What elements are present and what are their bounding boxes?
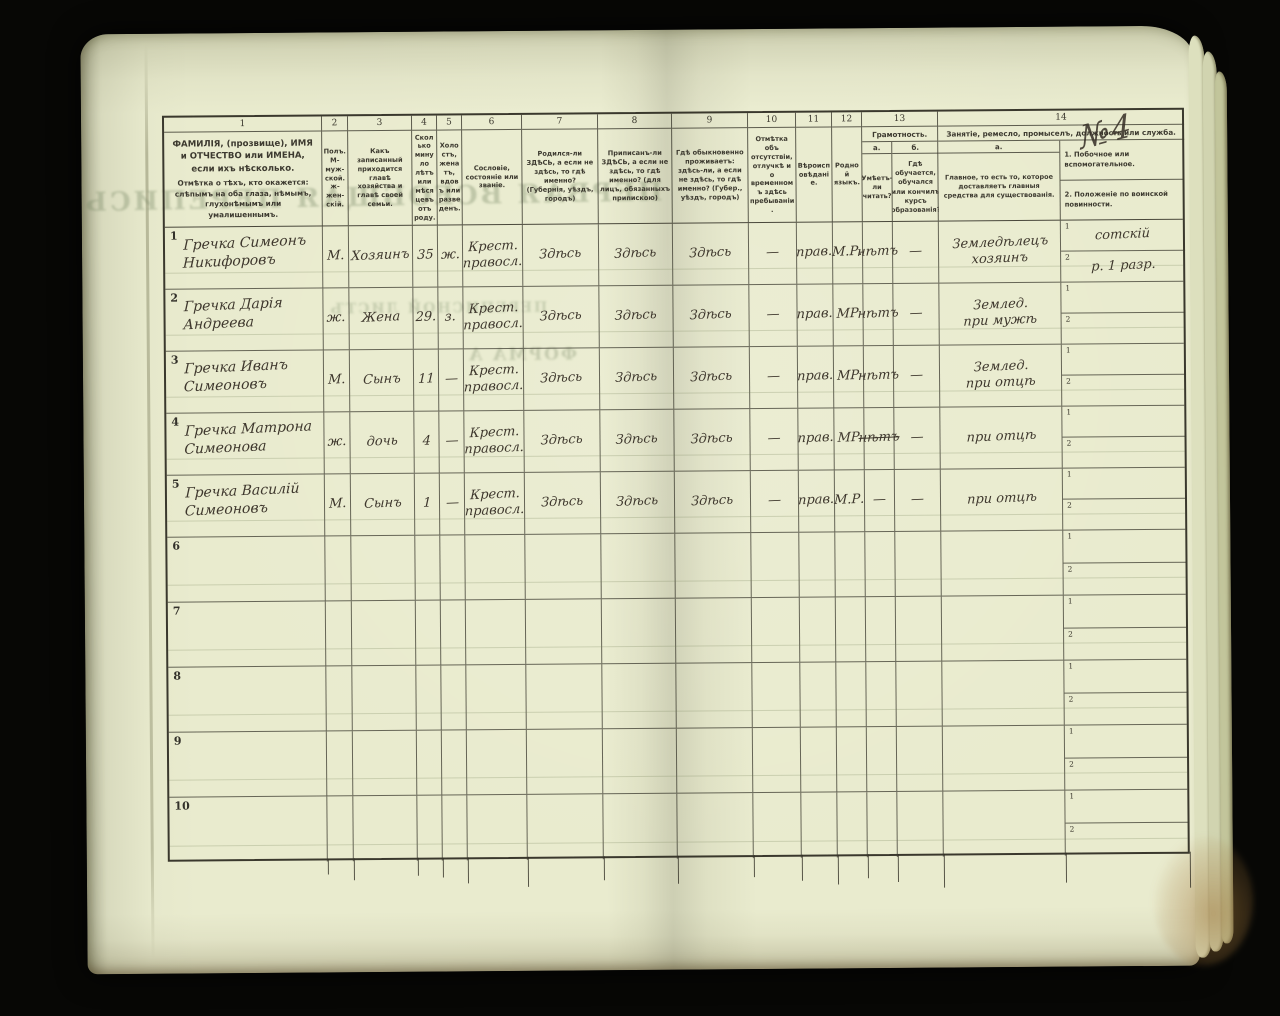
- sex-value: ж.: [327, 434, 346, 451]
- cell-registered: [603, 729, 678, 794]
- cell-religion: прав.: [798, 408, 834, 469]
- cell-registered: Здѣсь: [600, 410, 674, 472]
- subcol-letter: а.: [862, 142, 891, 154]
- row-number: 1: [170, 230, 178, 243]
- col-header-name: 1 ФАМИЛІЯ, (прозвище), ИМЯ и ОТЧЕСТВО ил…: [164, 116, 323, 226]
- side-occupation-subcell: 1: [1062, 344, 1186, 376]
- cell-resides: Здѣсь: [675, 471, 751, 533]
- cell-religion: [800, 662, 837, 726]
- cell-occupation: [943, 791, 1066, 857]
- col-number: 5: [437, 115, 461, 130]
- cell-registered: [602, 664, 677, 729]
- cell-relation: [352, 666, 417, 731]
- cell-registered: [603, 794, 678, 860]
- printed-index: 1: [1067, 532, 1072, 541]
- col-number: 6: [462, 115, 521, 130]
- col-header-religion: 11 Вѣроисповѣданіе.: [796, 112, 833, 221]
- resides-value: Здѣсь: [690, 369, 733, 387]
- row-number: 4: [171, 416, 179, 429]
- cell-side-occupation: 12: [1063, 468, 1187, 530]
- col-label-residence: Гдѣ обыкновенно проживаетъ: здѣсь-ли, а …: [672, 128, 748, 223]
- cell-relation: Хозяинъ: [349, 226, 413, 288]
- cell-religion: [800, 597, 837, 661]
- occupation-value: Земледѣлецъ хозяинъ: [951, 233, 1048, 270]
- cell-born: [526, 599, 603, 664]
- col-label-occupation-main: Главное, то есть то, которое доставляетъ…: [938, 153, 1060, 221]
- born-value: Здѣсь: [540, 308, 583, 326]
- name-value: Гречка Василій Симеоновъ: [185, 481, 300, 521]
- resides-value: Здѣсь: [691, 493, 734, 511]
- military-subcell: 2: [1065, 757, 1189, 789]
- cell-religion: [799, 532, 836, 596]
- relation-value: Сынъ: [363, 496, 401, 514]
- col-number: 13: [862, 112, 937, 128]
- cell-language: [836, 597, 867, 661]
- cell-occupation: [942, 661, 1064, 726]
- col-header-registration: 8 Приписанъ-ли ЗДѢСЬ, а если не здѣсь, т…: [598, 114, 673, 224]
- sex-value: М.: [327, 248, 345, 265]
- military-subcell: 2: [1062, 375, 1186, 406]
- printed-index: 1: [1068, 662, 1073, 671]
- side-occupation-subcell: 1: [1062, 406, 1186, 438]
- cell-name: 5Гречка Василій Симеоновъ: [167, 474, 325, 536]
- religion-value: прав.: [796, 244, 833, 262]
- cell-sex: М.: [325, 474, 351, 535]
- cell-age: [416, 666, 442, 730]
- marital-value: —: [444, 372, 457, 389]
- cell-reads: нѣтъ: [864, 408, 894, 469]
- printed-index: 1: [1066, 408, 1071, 417]
- marital-value: —: [445, 496, 458, 513]
- row-number: 9: [174, 735, 182, 748]
- resides-value: Здѣсь: [689, 245, 732, 263]
- side-occupation-subcell: 1: [1065, 725, 1189, 758]
- cell-reads: [867, 792, 898, 857]
- cell-sex: М.: [324, 350, 350, 411]
- col-header-marital: 5 Холостъ, женатъ, вдовъ или разведенъ.: [437, 115, 463, 224]
- col-header-education: б. Гдѣ обучается, обучался или кончилъ к…: [892, 142, 939, 221]
- cell-reads: нѣтъ: [864, 346, 894, 407]
- reads-value: —: [873, 492, 886, 509]
- cell-born: Здѣсь: [523, 286, 599, 348]
- cell-occupation: [942, 596, 1064, 661]
- name-value: Гречка Симеонъ Никифоровъ: [183, 232, 307, 272]
- cell-language: М.Р.: [835, 470, 865, 531]
- col-header-occupation-side: 1. Побочное или вспомогательное. 2. Поло…: [1060, 140, 1185, 220]
- relation-value: Сынъ: [362, 372, 400, 390]
- subcol-letter: а.: [938, 141, 1059, 154]
- col-label-age: Сколько минуло лѣтъ или мѣсяцевъ отъ род…: [412, 131, 437, 225]
- col-number: 7: [522, 114, 597, 130]
- printed-index: 2: [1065, 253, 1070, 262]
- cell-registered: Здѣсь: [601, 472, 675, 534]
- row-number: 2: [170, 292, 178, 305]
- religion-value: прав.: [797, 306, 834, 324]
- born-value: Здѣсь: [540, 370, 583, 388]
- cell-born: [527, 794, 604, 860]
- cell-occupation: Землед. при отцѣ: [940, 345, 1062, 407]
- absence-value: —: [767, 431, 780, 448]
- occupation-value: Землед. при мужѣ: [963, 296, 1038, 332]
- marital-value: —: [445, 434, 458, 451]
- cell-language: [837, 727, 868, 791]
- estate-value: Крест. правосл.: [464, 424, 524, 459]
- marital-value: з.: [445, 310, 457, 327]
- cell-educated: —: [893, 222, 939, 283]
- cell-marital: —: [439, 411, 464, 472]
- col-header-residence: 9 Гдѣ обыкновенно проживаетъ: здѣсь-ли, …: [672, 113, 749, 223]
- cell-reads: [865, 532, 896, 596]
- military-subcell: 2р. 1 разр.: [1061, 251, 1185, 282]
- age-value: 4: [422, 434, 431, 451]
- ledger-book: ПЕРВАЯ ВСЕОБЩАЯ ПЕРЕПИСЬ ПЕРЕПИСНОЙ ЛИСТ…: [0, 0, 1280, 1016]
- cell-estate: Крест. правосл.: [463, 225, 523, 286]
- cell-reads: [867, 727, 898, 791]
- cell-religion: прав.: [798, 346, 834, 407]
- language-value: МР: [837, 306, 859, 323]
- cell-name: 8: [168, 666, 326, 731]
- cell-absence: [753, 728, 802, 792]
- religion-value: прав.: [798, 430, 835, 448]
- educated-value: —: [911, 492, 924, 509]
- col-header-relation: 3 Какъ записанный приходится главѣ хозяй…: [348, 116, 413, 225]
- side-occupation-subcell: 1: [1064, 660, 1188, 693]
- page-stack-edges: [0, 0, 1276, 5]
- age-value: 1: [423, 496, 432, 513]
- cell-reads: нѣтъ: [863, 284, 893, 345]
- relation-value: Хозяинъ: [351, 247, 410, 266]
- cell-relation: Сынъ: [351, 474, 415, 536]
- cell-name: 2Гречка Дарія Андреева: [165, 288, 323, 350]
- cell-age: [417, 731, 443, 795]
- cell-registered: Здѣсь: [600, 348, 674, 410]
- col-number: 10: [748, 113, 795, 128]
- cell-born: Здѣсь: [524, 348, 600, 410]
- cell-age: [417, 796, 443, 861]
- col-header-estate: 6 Сословіе, состояніе или званіе.: [462, 115, 523, 224]
- cell-registered: [601, 534, 676, 599]
- cell-registered: Здѣсь: [599, 224, 673, 286]
- estate-value: Крест. правосл.: [462, 238, 522, 273]
- cell-side-occupation: 12: [1062, 344, 1186, 406]
- estate-value: Крест. правосл.: [463, 362, 523, 397]
- born-value: Здѣсь: [541, 494, 584, 512]
- cell-resides: [676, 598, 753, 663]
- cell-resides: [677, 728, 754, 793]
- col-number: 9: [672, 113, 747, 129]
- census-table: 1 ФАМИЛІЯ, (прозвище), ИМЯ и ОТЧЕСТВО ил…: [162, 108, 1190, 862]
- cell-resides: Здѣсь: [674, 409, 750, 471]
- col-label-language: Родной языкъ.: [832, 127, 862, 221]
- cell-occupation: [941, 531, 1063, 596]
- row-number: 5: [172, 478, 180, 491]
- cell-side-occupation: 12: [1065, 725, 1189, 790]
- row-number: 3: [171, 354, 179, 367]
- cell-born: [527, 729, 604, 794]
- marital-value: ж.: [440, 247, 459, 264]
- col-label-estate: Сословіе, состояніе или званіе.: [462, 130, 522, 224]
- relation-value: Жена: [362, 310, 401, 328]
- cell-estate: [466, 600, 527, 664]
- table-row: 1012: [169, 790, 1187, 863]
- cell-occupation: при отцѣ: [941, 469, 1063, 531]
- row-number: 10: [174, 800, 189, 813]
- col-number: 1: [164, 116, 321, 132]
- name-value: Гречка Матрона Симеонова: [184, 418, 312, 459]
- table-row: 2Гречка Дарія Андрееваж.Жена29.з.Крест. …: [165, 282, 1183, 352]
- occupation-value: Землед. при отцѣ: [965, 358, 1036, 394]
- cell-educated: —: [893, 284, 939, 345]
- side-occupation-subcell: 1сотскій: [1061, 220, 1185, 252]
- printed-index: 2: [1067, 439, 1072, 448]
- military-subcell: 2: [1064, 627, 1188, 659]
- cell-sex: [327, 731, 354, 795]
- cell-age: 1: [415, 474, 440, 535]
- side-occupation-subcell: 1: [1065, 790, 1189, 824]
- name-value: Гречка Иванъ Симеоновъ: [184, 357, 288, 397]
- cell-educated: [895, 532, 942, 596]
- registered-value: Здѣсь: [615, 369, 658, 387]
- cell-name: 9: [169, 731, 327, 796]
- cell-estate: [467, 795, 528, 860]
- cell-estate: Крест. правосл.: [464, 411, 524, 472]
- cell-absence: [751, 533, 800, 597]
- language-value: МР: [838, 430, 860, 447]
- cell-marital: [442, 730, 468, 794]
- cell-born: [525, 534, 602, 599]
- literacy-group-title: Грамотность.: [862, 127, 937, 143]
- name-header-title: ФАМИЛІЯ, (прозвище), ИМЯ и ОТЧЕСТВО или …: [165, 137, 320, 176]
- printed-index: 1: [1067, 470, 1072, 479]
- col-header-reads: а. Умѣетъ-ли читать?: [862, 142, 893, 221]
- cell-absence: [753, 793, 802, 858]
- table-row: 4Гречка Матрона Симеоноваж.дочь4—Крест. …: [166, 406, 1184, 476]
- cell-reads: нѣтъ: [863, 222, 893, 283]
- sex-value: М.: [328, 372, 346, 389]
- estate-value: Крест. правосл.: [463, 300, 523, 335]
- row-number: 8: [173, 670, 181, 683]
- col-number: 11: [796, 112, 831, 127]
- col-label-absence: Отмѣтка объ отсутствіи, отлучкѣ и о врем…: [748, 128, 796, 222]
- cell-language: [835, 532, 866, 596]
- col-label-education: Гдѣ обучается, обучался или кончилъ курс…: [892, 154, 939, 221]
- col-header-age: 4 Сколько минуло лѣтъ или мѣсяцевъ отъ р…: [412, 116, 438, 225]
- cell-reads: [866, 597, 897, 661]
- cell-side-occupation: 12: [1064, 595, 1188, 660]
- cell-religion: прав.: [797, 222, 833, 283]
- cell-educated: [896, 662, 943, 726]
- military-value: р. 1 разр.: [1091, 257, 1156, 276]
- cell-estate: [465, 535, 526, 599]
- cell-relation: дочь: [350, 412, 414, 474]
- registered-value: Здѣсь: [614, 245, 657, 263]
- cell-born: Здѣсь: [524, 410, 600, 472]
- educated-value: —: [910, 368, 923, 385]
- resides-value: Здѣсь: [690, 307, 733, 325]
- cell-marital: [441, 665, 467, 729]
- cell-age: [416, 601, 442, 665]
- registered-value: Здѣсь: [616, 493, 659, 511]
- absence-value: —: [766, 245, 779, 262]
- cell-occupation: Землед. при мужѣ: [939, 283, 1061, 345]
- printed-index: 1: [1069, 727, 1074, 736]
- cell-age: 29.: [413, 288, 438, 349]
- col-header-occupation-group: 14 Занятіе, ремесло, промыселъ, должност…: [938, 110, 1185, 221]
- table-body: 1Гречка Симеонъ НикифоровъМ.Хозяинъ35ж.К…: [165, 220, 1188, 863]
- cell-resides: Здѣсь: [673, 285, 749, 347]
- cell-side-occupation: 12: [1061, 282, 1185, 344]
- table-row: 5Гречка Василій СимеоновъМ.Сынъ1—Крест. …: [167, 468, 1185, 538]
- cell-side-occupation: 1сотскій2р. 1 разр.: [1061, 220, 1185, 282]
- cell-reads: —: [865, 470, 895, 531]
- printed-index: 2: [1069, 759, 1074, 768]
- military-subcell: 2: [1063, 437, 1187, 468]
- cell-estate: Крест. правосл.: [464, 349, 524, 410]
- table-row: 812: [168, 660, 1186, 733]
- cell-marital: з.: [438, 287, 463, 348]
- cell-sex: [325, 536, 352, 600]
- cell-occupation: при отцѣ: [940, 407, 1062, 469]
- col-header-sex: 2 Полъ. М-муж-ской. ж-жен-скій.: [322, 116, 349, 225]
- cell-educated: [897, 727, 944, 791]
- photo-background: ПЕРВАЯ ВСЕОБЩАЯ ПЕРЕПИСЬ ПЕРЕПИСНОЙ ЛИСТ…: [0, 0, 1280, 1016]
- military-subcell: 2: [1063, 499, 1187, 530]
- side-occupation-subcell: 1: [1063, 468, 1187, 500]
- col-header-literacy-group: 13 Грамотность. а. Умѣетъ-ли читать? б. …: [862, 112, 939, 222]
- cell-relation: Жена: [349, 288, 413, 350]
- table-row: 1Гречка Симеонъ НикифоровъМ.Хозяинъ35ж.К…: [165, 220, 1183, 290]
- registered-value: Здѣсь: [615, 307, 658, 325]
- col-header-language: 12 Родной языкъ.: [832, 112, 863, 221]
- cell-educated: —: [895, 470, 941, 531]
- military-subcell: 2: [1064, 562, 1188, 594]
- cell-sex: [326, 666, 353, 730]
- cell-occupation: [943, 726, 1065, 791]
- absence-value: —: [768, 493, 781, 510]
- estate-value: Крест. правосл.: [464, 486, 524, 521]
- cell-marital: [440, 535, 466, 599]
- col-label-marital: Холостъ, женатъ, вдовъ или разведенъ.: [437, 130, 462, 224]
- resides-value: Здѣсь: [691, 431, 734, 449]
- occupation-value: при отцѣ: [966, 428, 1036, 447]
- cell-relation: [351, 536, 416, 601]
- cell-age: 11: [414, 350, 439, 411]
- cell-name: 10: [169, 796, 328, 862]
- age-value: 29.: [415, 310, 436, 327]
- cell-born: [526, 664, 603, 729]
- cell-absence: [752, 598, 801, 662]
- cell-sex: [327, 796, 354, 861]
- printed-index: 1: [1066, 346, 1071, 355]
- printed-index: 2: [1068, 564, 1073, 573]
- cell-marital: [442, 795, 468, 860]
- printed-index: 2: [1067, 501, 1072, 510]
- absence-value: —: [766, 307, 779, 324]
- language-value: М.Р.: [834, 492, 865, 510]
- row-number: 7: [173, 605, 181, 618]
- cell-age: 35: [413, 226, 438, 287]
- row-number: 6: [172, 540, 180, 553]
- occupation-value: при отцѣ: [966, 490, 1036, 509]
- religion-value: прав.: [797, 368, 834, 386]
- military-subcell: 2: [1062, 313, 1186, 344]
- side-occupation-subcell: 1: [1063, 530, 1187, 563]
- cell-religion: прав.: [797, 284, 833, 345]
- printed-index: 2: [1066, 315, 1071, 324]
- cell-registered: [602, 599, 677, 664]
- col-label-religion: Вѣроисповѣданіе.: [796, 127, 832, 221]
- col-label-reads: Умѣетъ-ли читать?: [862, 154, 892, 221]
- subcol-letter: б.: [892, 142, 938, 154]
- cell-estate: Крест. правосл.: [465, 473, 525, 534]
- cell-estate: [467, 730, 528, 794]
- printed-index: 2: [1069, 694, 1074, 703]
- col-number: 2: [322, 116, 347, 131]
- cell-resides: [677, 793, 754, 859]
- military-subcell: 2: [1066, 823, 1190, 856]
- cell-relation: [353, 731, 418, 796]
- language-value: МР: [837, 368, 859, 385]
- cell-sex: [326, 601, 353, 665]
- cell-absence: —: [751, 471, 799, 532]
- col-number: 3: [348, 116, 411, 131]
- cell-educated: —: [894, 408, 940, 469]
- cell-born: Здѣсь: [525, 472, 601, 534]
- cell-relation: [353, 796, 418, 862]
- educated-value: —: [910, 430, 923, 447]
- cell-educated: —: [894, 346, 940, 407]
- col-label-registration: Приписанъ-ли ЗДѢСЬ, а если не здѣсь, то …: [598, 129, 672, 224]
- col-number: 8: [598, 114, 671, 130]
- side-occupation-subcell: 1: [1064, 595, 1188, 628]
- cell-absence: —: [750, 409, 798, 470]
- registered-value: Здѣсь: [616, 431, 659, 449]
- col-label-sex: Полъ. М-муж-ской. ж-жен-скій.: [322, 131, 348, 225]
- cell-absence: —: [749, 223, 797, 284]
- cell-name: 6: [167, 536, 325, 601]
- cell-age: [415, 536, 441, 600]
- cell-occupation: Земледѣлецъ хозяинъ: [939, 221, 1061, 283]
- col-header-birthplace: 7 Родился-ли ЗДѢСЬ, а если не здѣсь, то …: [522, 114, 599, 224]
- cell-marital: —: [439, 349, 464, 410]
- cell-resides: Здѣсь: [674, 347, 750, 409]
- cell-name: 7: [168, 601, 326, 666]
- printed-index: 2: [1070, 825, 1075, 834]
- cell-resides: [675, 533, 752, 598]
- table-row: 612: [167, 530, 1185, 603]
- cell-estate: Крест. правосл.: [463, 287, 523, 348]
- military-subcell: 2: [1065, 692, 1189, 724]
- col-label-military-status: 2. Положеніе по воинской повинности.: [1061, 180, 1185, 220]
- cell-resides: [676, 663, 753, 728]
- col-label-name: ФАМИЛІЯ, (прозвище), ИМЯ и ОТЧЕСТВО или …: [164, 131, 322, 226]
- born-value: Здѣсь: [541, 432, 584, 450]
- cell-marital: [441, 600, 467, 664]
- cell-name: 1Гречка Симеонъ Никифоровъ: [165, 226, 323, 288]
- col-number: 4: [412, 116, 436, 131]
- col-header-occupation-main: а. Главное, то есть то, которое доставля…: [938, 141, 1061, 221]
- cell-marital: —: [440, 473, 465, 534]
- col-label-relation: Какъ записанный приходится главѣ хозяйст…: [348, 131, 412, 225]
- cell-born: Здѣсь: [523, 224, 599, 286]
- side-occupation-subcell: 1: [1061, 282, 1185, 314]
- printed-index: 1: [1069, 792, 1074, 801]
- cell-side-occupation: 12: [1065, 790, 1190, 856]
- cell-sex: М.: [323, 226, 349, 287]
- cell-estate: [466, 665, 527, 729]
- cell-language: [837, 792, 868, 857]
- printed-index: 1: [1065, 222, 1070, 231]
